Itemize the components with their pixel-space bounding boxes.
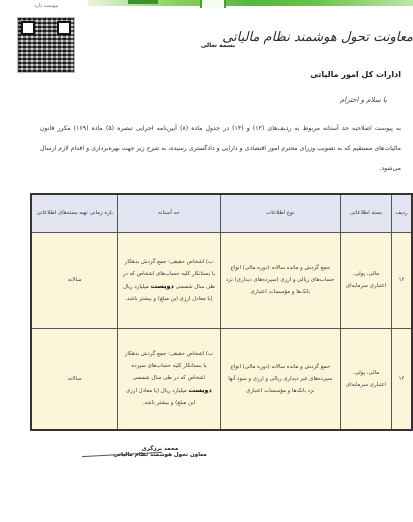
emblem-icon bbox=[200, 0, 226, 8]
recipient-heading: ادارات کل امور مالیاتی bbox=[310, 70, 401, 79]
bismillah-heading: بسمه تعالی bbox=[198, 42, 238, 49]
cell-period: سالانه bbox=[31, 232, 118, 328]
threshold-text-end: میلیارد ریال (یا معادل ارزی این مبلغ) و … bbox=[126, 388, 195, 406]
organization-name: معاونت تحول هوشمند نظام مالیاتی bbox=[222, 30, 413, 45]
qr-code-icon bbox=[17, 17, 75, 73]
attachment-note: پیوست دارد bbox=[34, 3, 58, 9]
threshold-amount: دویست bbox=[188, 386, 211, 394]
threshold-amount: دویست bbox=[151, 282, 174, 290]
cell-info-type: جمع گردش و مانده سالانه (دوره مالی) انوا… bbox=[220, 232, 341, 328]
threshold-table: ردیف بسته اطلاعاتی نوع اطلاعات حد آستانه… bbox=[30, 193, 413, 431]
cell-period: سالانه bbox=[31, 328, 118, 430]
signature-block: محمد برزگری معاون تحول هوشمند نظام مالیا… bbox=[110, 446, 210, 458]
cell-package: مالی، پولی، اعتباری سرمایه‌ای bbox=[341, 328, 392, 430]
cell-threshold: ب) اشخاص حقیقی: جمع گردش بدهکار یا بستان… bbox=[118, 328, 220, 430]
column-header-period: بازه زمانی تهیه بسته‌های اطلاعاتی bbox=[31, 194, 118, 232]
cell-threshold: ب) اشخاص حقیقی: جمع گردش بدهکار یا بستان… bbox=[118, 232, 220, 328]
greeting: با سلام و احترام bbox=[340, 96, 387, 104]
column-header-package: بسته اطلاعاتی bbox=[341, 194, 392, 232]
banner-label bbox=[128, 0, 158, 4]
cell-row-number: ۱۲ bbox=[392, 232, 412, 328]
letter-paragraph: به پیوست اصلاحیه حد آستانه مربوط به ردیف… bbox=[40, 119, 401, 179]
column-header-threshold: حد آستانه bbox=[118, 194, 220, 232]
cell-info-type: جمع گردش و مانده سالانه (دوره مالی) انوا… bbox=[220, 328, 341, 430]
table-header-row: ردیف بسته اطلاعاتی نوع اطلاعات حد آستانه… bbox=[31, 194, 412, 232]
table-row: ۱۲ مالی، پولی، اعتباری سرمایه‌ای جمع گرد… bbox=[31, 232, 412, 328]
column-header-info-type: نوع اطلاعات bbox=[220, 194, 341, 232]
column-header-row-number: ردیف bbox=[392, 194, 412, 232]
cell-row-number: ۱۴ bbox=[392, 328, 412, 430]
threshold-text: ب) اشخاص حقیقی: جمع گردش بدهکار یا بستان… bbox=[125, 351, 213, 381]
table-row: ۱۴ مالی، پولی، اعتباری سرمایه‌ای جمع گرد… bbox=[31, 328, 412, 430]
cell-package: مالی، پولی، اعتباری سرمایه‌ای bbox=[341, 232, 392, 328]
